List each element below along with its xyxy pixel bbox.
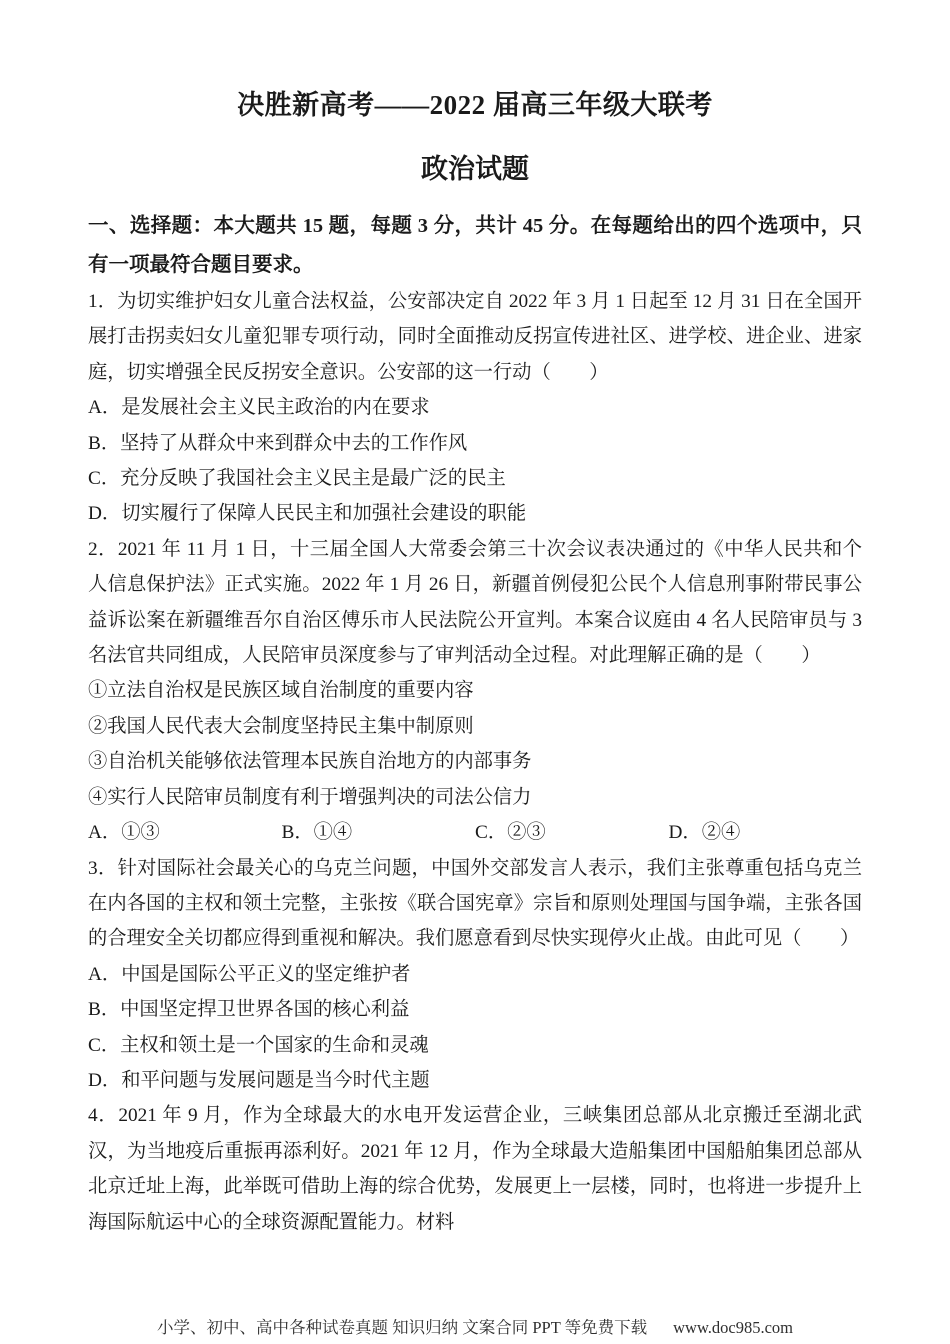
option-text: 中国是国际公平正义的坚定维护者: [121, 964, 410, 985]
question-2-statement-2: ②我国人民代表大会制度坚持民主集中制原则: [88, 709, 862, 744]
question-3-number: 3．: [88, 858, 118, 879]
question-3: 3．针对国际社会最关心的乌克兰问题，中国外交部发言人表示，我们主张尊重包括乌克兰…: [88, 851, 862, 1099]
option-text: 是发展社会主义民主政治的内在要求: [121, 397, 430, 418]
option-text: 切实履行了保障人民民主和加强社会建设的职能: [121, 503, 526, 524]
question-4: 4．2021 年 9 月，作为全球最大的水电开发运营企业，三峡集团总部从北京搬迁…: [88, 1098, 862, 1240]
question-4-number: 4．: [88, 1105, 118, 1126]
question-4-stem-text: 2021 年 9 月，作为全球最大的水电开发运营企业，三峡集团总部从北京搬迁至湖…: [88, 1105, 862, 1232]
option-text: 坚持了从群众中来到群众中去的工作作风: [120, 433, 467, 454]
footer-text: 小学、初中、高中各种试卷真题 知识归纳 文案合同 PPT 等免费下载: [157, 1318, 647, 1337]
option-text: 充分反映了我国社会主义民主是最广泛的民主: [120, 468, 506, 489]
page-title: 决胜新高考——2022 届高三年级大联考: [88, 0, 862, 124]
section-heading: 一、选择题：本大题共 15 题，每题 3 分，共计 45 分。在每题给出的四个选…: [88, 207, 862, 284]
question-3-stem: 3．针对国际社会最关心的乌克兰问题，中国外交部发言人表示，我们主张尊重包括乌克兰…: [88, 851, 862, 957]
question-3-stem-text: 针对国际社会最关心的乌克兰问题，中国外交部发言人表示，我们主张尊重包括乌克兰在内…: [88, 858, 862, 950]
option-text: ②③: [507, 822, 546, 843]
question-2: 2．2021 年 11 月 1 日，十三届全国人大常委会第三十次会议表决通过的《…: [88, 532, 862, 851]
option-label: C．: [475, 822, 507, 843]
question-2-statement-4: ④实行人民陪审员制度有利于增强判决的司法公信力: [88, 780, 862, 815]
option-text: ②④: [702, 822, 741, 843]
question-2-option-d: D．②④: [669, 815, 863, 850]
option-label: B．: [88, 433, 120, 454]
question-2-option-b: B．①④: [282, 815, 476, 850]
question-2-option-row: A．①③ B．①④ C．②③ D．②④: [88, 815, 862, 850]
question-2-option-c: C．②③: [475, 815, 669, 850]
question-3-option-a: A．中国是国际公平正义的坚定维护者: [88, 957, 862, 992]
option-label: B．: [282, 822, 314, 843]
question-1-stem: 1．为切实维护妇女儿童合法权益，公安部决定自 2022 年 3 月 1 日起至 …: [88, 284, 862, 390]
option-text: 和平问题与发展问题是当今时代主题: [121, 1070, 430, 1091]
option-label: C．: [88, 1035, 120, 1056]
question-1-stem-text: 为切实维护妇女儿童合法权益，公安部决定自 2022 年 3 月 1 日起至 12…: [88, 291, 862, 383]
question-2-stem: 2．2021 年 11 月 1 日，十三届全国人大常委会第三十次会议表决通过的《…: [88, 532, 862, 674]
question-3-option-c: C．主权和领土是一个国家的生命和灵魂: [88, 1028, 862, 1063]
question-1-option-c: C．充分反映了我国社会主义民主是最广泛的民主: [88, 461, 862, 496]
question-2-stem-text: 2021 年 11 月 1 日，十三届全国人大常委会第三十次会议表决通过的《中华…: [88, 539, 862, 666]
option-text: ①③: [121, 822, 160, 843]
question-4-stem: 4．2021 年 9 月，作为全球最大的水电开发运营企业，三峡集团总部从北京搬迁…: [88, 1098, 862, 1240]
question-1: 1．为切实维护妇女儿童合法权益，公安部决定自 2022 年 3 月 1 日起至 …: [88, 284, 862, 532]
question-3-option-b: B．中国坚定捍卫世界各国的核心利益: [88, 992, 862, 1027]
question-1-option-b: B．坚持了从群众中来到群众中去的工作作风: [88, 426, 862, 461]
question-1-option-d: D．切实履行了保障人民民主和加强社会建设的职能: [88, 496, 862, 531]
option-label: A．: [88, 964, 121, 985]
exam-paper-page: 决胜新高考——2022 届高三年级大联考 政治试题 一、选择题：本大题共 15 …: [0, 0, 950, 1344]
question-2-number: 2．: [88, 539, 118, 560]
page-content: 决胜新高考——2022 届高三年级大联考 政治试题 一、选择题：本大题共 15 …: [0, 0, 950, 1240]
option-label: C．: [88, 468, 120, 489]
question-2-statement-1: ①立法自治权是民族区域自治制度的重要内容: [88, 673, 862, 708]
question-2-option-a: A．①③: [88, 815, 282, 850]
option-text: ①④: [314, 822, 353, 843]
option-label: D．: [88, 503, 121, 524]
option-label: D．: [88, 1070, 121, 1091]
question-1-number: 1．: [88, 291, 117, 312]
footer-site-link[interactable]: www.doc985.com: [673, 1318, 793, 1337]
option-label: B．: [88, 999, 120, 1020]
question-2-statement-3: ③自治机关能够依法管理本民族自治地方的内部事务: [88, 744, 862, 779]
option-label: D．: [669, 822, 702, 843]
option-text: 中国坚定捍卫世界各国的核心利益: [120, 999, 409, 1020]
question-3-option-d: D．和平问题与发展问题是当今时代主题: [88, 1063, 862, 1098]
exam-subject-subtitle: 政治试题: [88, 150, 862, 188]
page-footer: 小学、初中、高中各种试卷真题 知识归纳 文案合同 PPT 等免费下载www.do…: [0, 1318, 950, 1338]
option-label: A．: [88, 822, 121, 843]
option-label: A．: [88, 397, 121, 418]
question-1-option-a: A．是发展社会主义民主政治的内在要求: [88, 390, 862, 425]
option-text: 主权和领土是一个国家的生命和灵魂: [120, 1035, 429, 1056]
